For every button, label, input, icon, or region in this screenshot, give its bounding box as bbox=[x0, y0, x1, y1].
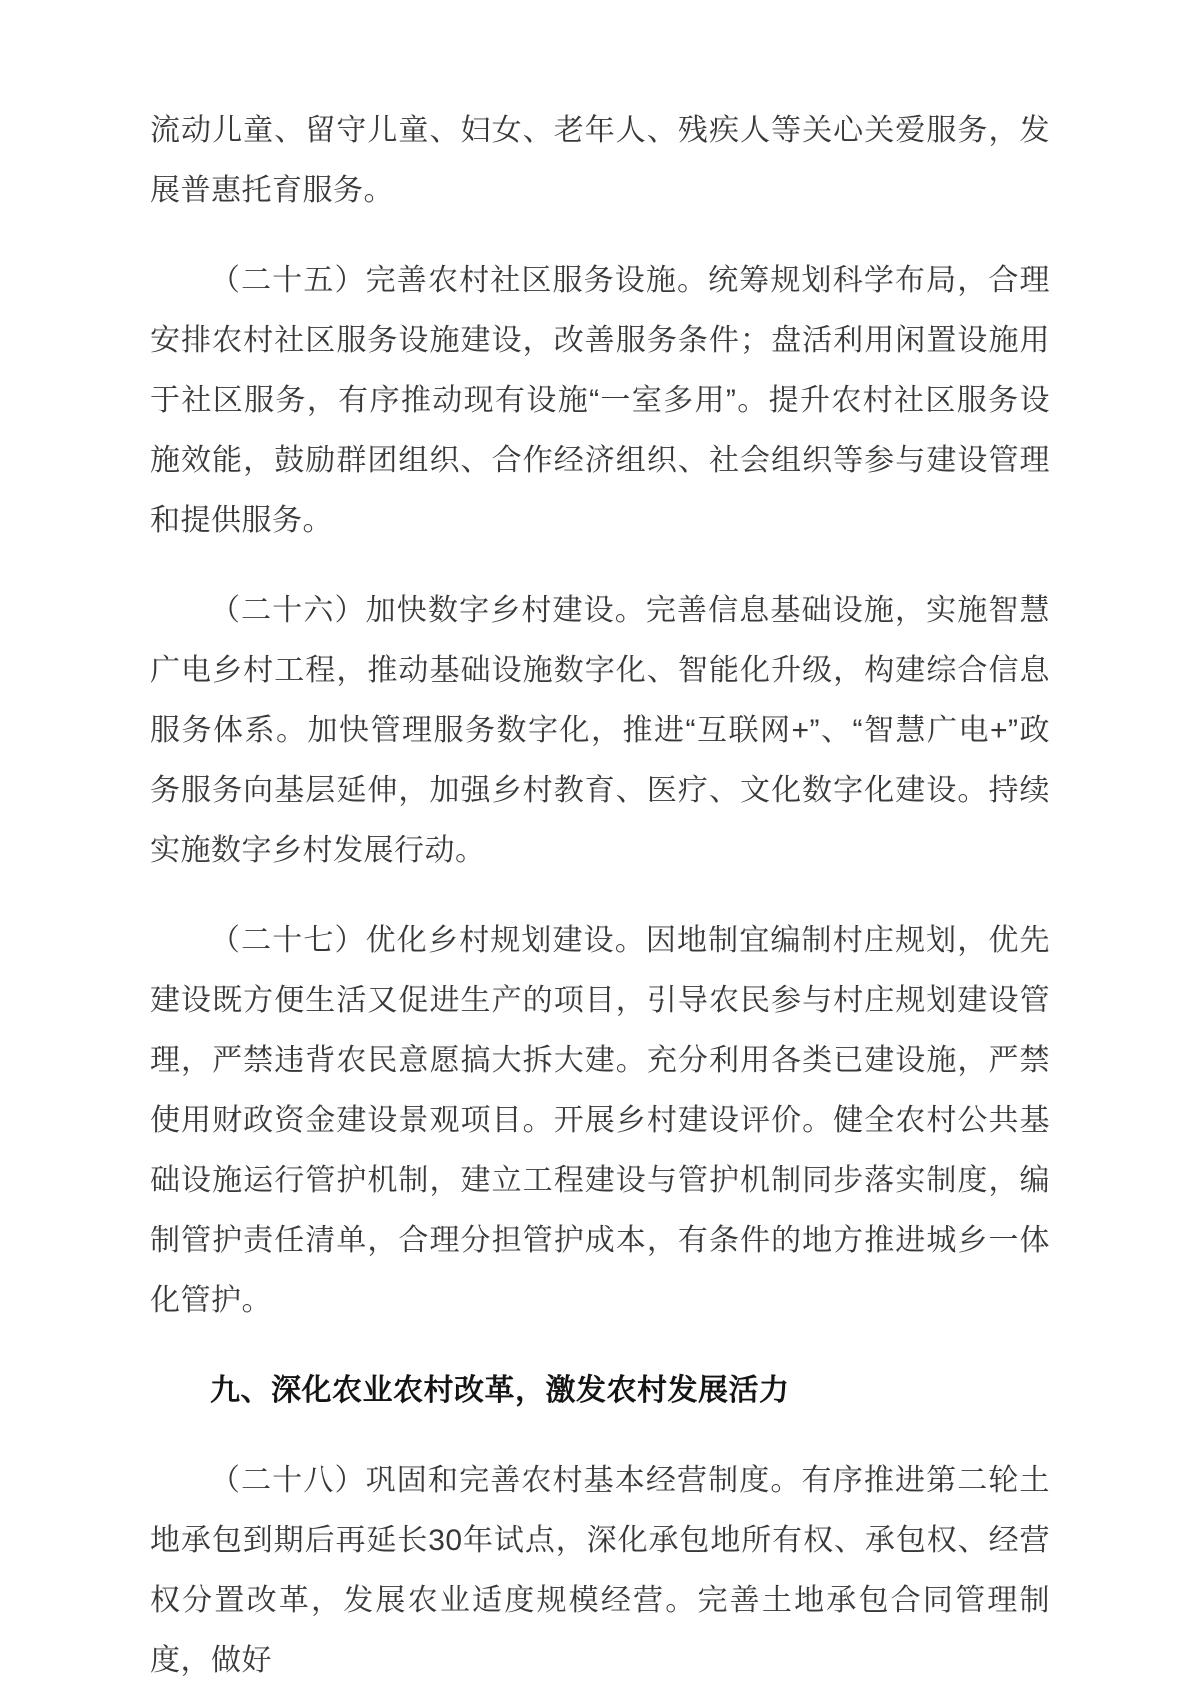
section-heading-9-rural-reform: 九、深化农业农村改革，激发农村发展活力 bbox=[150, 1361, 1050, 1421]
paragraph-25-rural-community-service-facilities: （二十五）完善农村社区服务设施。统筹规划科学布局，合理安排农村社区服务设施建设，… bbox=[150, 251, 1050, 551]
paragraph-26-digital-village-construction: （二十六）加快数字乡村建设。完善信息基础设施，实施智慧广电乡村工程，推动基础设施… bbox=[150, 581, 1050, 881]
paragraph-27-village-planning-construction: （二十七）优化乡村规划建设。因地制宜编制村庄规划，优先建设既方便生活又促进生产的… bbox=[150, 911, 1050, 1331]
document-page: 流动儿童、留守儿童、妇女、老年人、残疾人等关心关爱服务，发展普惠托育服务。 （二… bbox=[0, 0, 1200, 1698]
paragraph-care-services-continued: 流动儿童、留守儿童、妇女、老年人、残疾人等关心关爱服务，发展普惠托育服务。 bbox=[150, 101, 1050, 221]
paragraph-28-rural-basic-management-system: （二十八）巩固和完善农村基本经营制度。有序推进第二轮土地承包到期后再延长30年试… bbox=[150, 1451, 1050, 1691]
